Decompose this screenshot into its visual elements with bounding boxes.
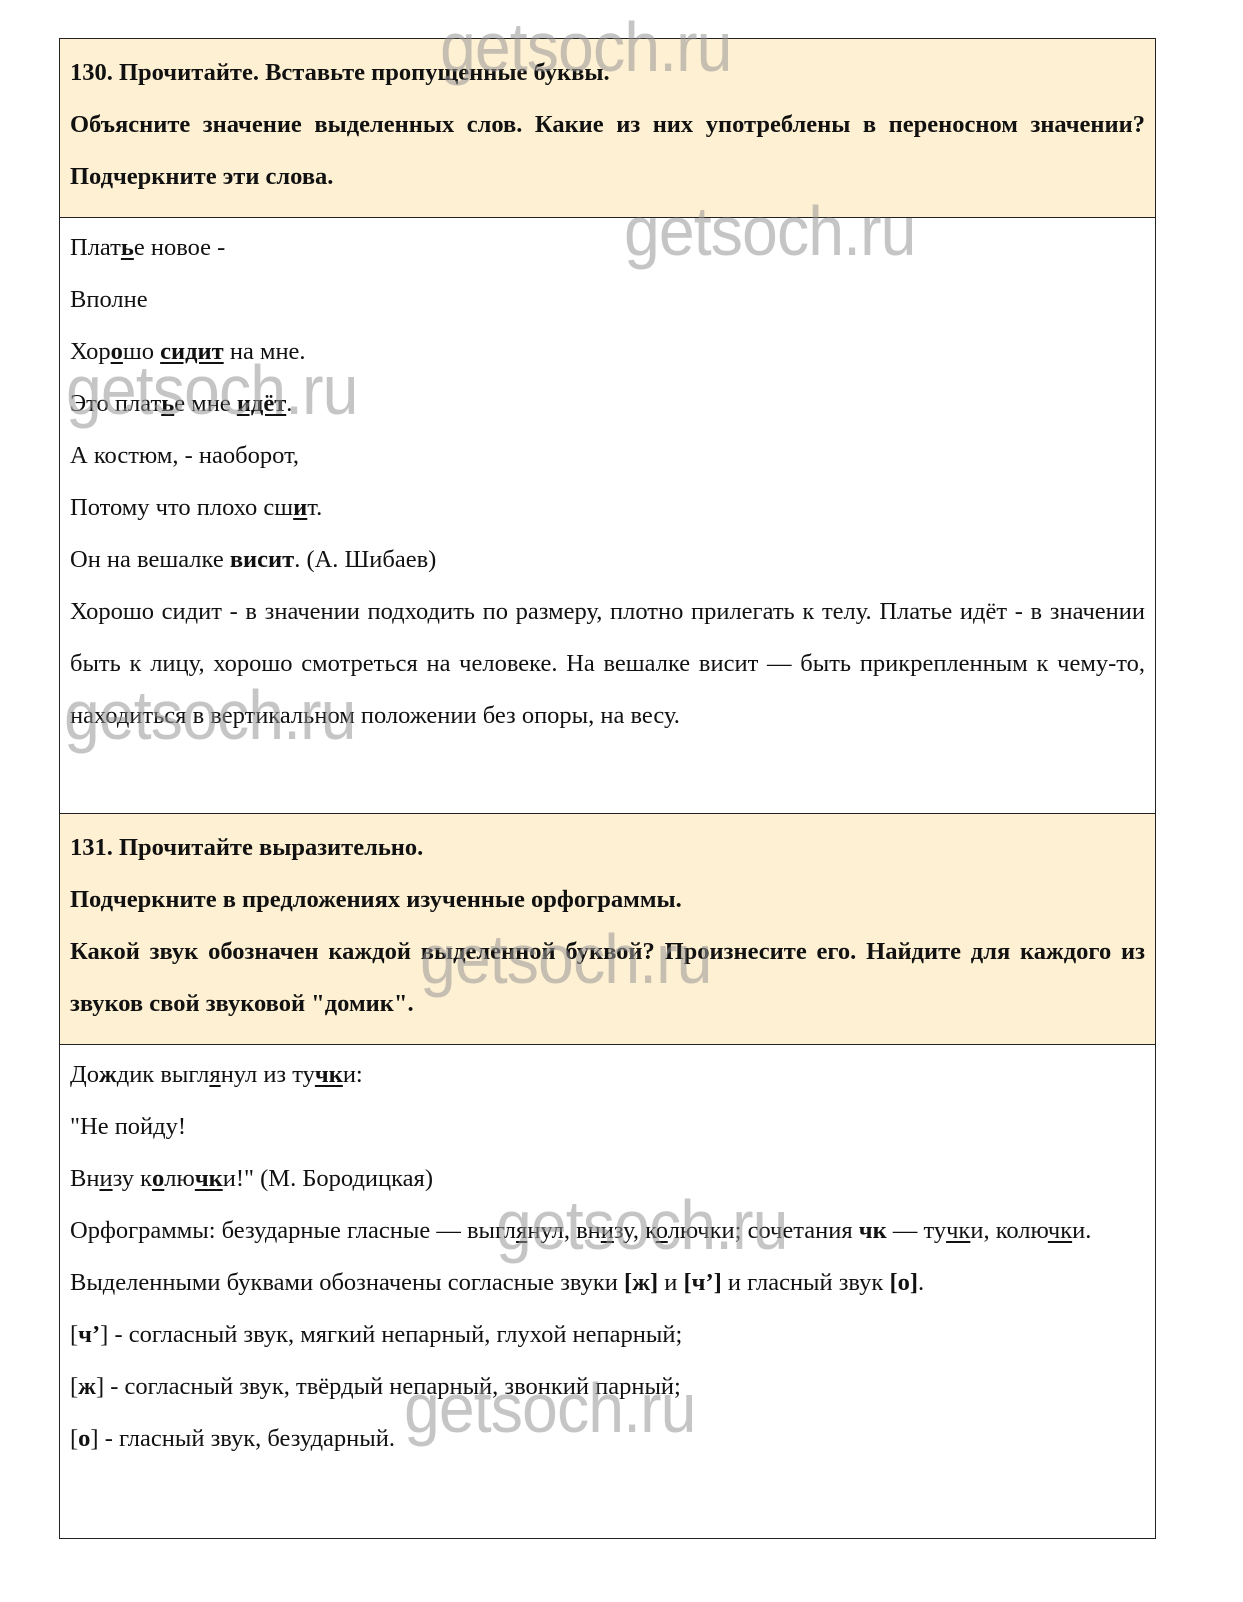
task-131-answer: Дождик выглянул из тучки: "Не пойду! Вни… [60, 1045, 1155, 1538]
text-run: шо [123, 338, 160, 365]
task-131-instruction: Какой звук обозначен каждой выделенной б… [70, 926, 1145, 1030]
highlighted-text: [ч’] [684, 1269, 722, 1296]
highlighted-text: ж [78, 1373, 96, 1400]
text-run: ] - согласный звук, мягкий непарный, глу… [100, 1321, 682, 1348]
task-131-header: 131. Прочитайте выразительно. Подчеркнит… [60, 814, 1155, 1045]
poem-line: Хорошо сидит на мне. [70, 326, 1145, 378]
text-run: Вн [70, 1165, 99, 1192]
text-run: лючки; сочетания [668, 1217, 859, 1244]
text-run: [ [70, 1321, 78, 1348]
text-run: дик выгл [117, 1061, 210, 1088]
poem-line: Это платье мне идёт. [70, 378, 1145, 430]
highlighted-text: я [516, 1217, 527, 1244]
task-130-title: 130. Прочитайте. Вставьте пропущенные бу… [70, 47, 1145, 99]
highlighted-text: сидит [160, 338, 224, 365]
sound-description: [ж] - согласный звук, твёрдый непарный, … [70, 1361, 1145, 1413]
text-run: Потому что плохо сш [70, 494, 293, 521]
text-run: . (А. Шибаев) [294, 546, 436, 573]
text-run: и гласный звук [722, 1269, 890, 1296]
text-run: 131. Прочитайте выразительно. [70, 834, 423, 861]
poem-line: Вполне [70, 274, 1145, 326]
text-run: и: [343, 1061, 363, 1088]
text-run: нул из ту [221, 1061, 315, 1088]
highlighted-text: о [78, 1425, 90, 1452]
text-run: ] - согласный звук, твёрдый непарный, зв… [96, 1373, 681, 1400]
poem-line: Потому что плохо сшит. [70, 482, 1145, 534]
poem-line: Платье новое - [70, 222, 1145, 274]
text-run: До [70, 1061, 99, 1088]
text-run: Он на вешалке [70, 546, 230, 573]
task-130-header: 130. Прочитайте. Вставьте пропущенные бу… [60, 39, 1155, 218]
text-run: зу к [113, 1165, 152, 1192]
text-run: ] - гласный звук, безударный. [90, 1425, 395, 1452]
exercise-table: 130. Прочитайте. Вставьте пропущенные бу… [59, 38, 1156, 1539]
highlighted-text: и [601, 1217, 614, 1244]
text-run: Хорошо сидит - в значении подходить по р… [70, 598, 1145, 729]
highlighted-text: чк [946, 1217, 970, 1244]
orthograms-paragraph: Орфограммы: безударные гласные — выгляну… [70, 1205, 1145, 1257]
text-run: [ [70, 1425, 78, 1452]
text-run: нул, вн [527, 1217, 600, 1244]
text-run: А костюм, - наоборот, [70, 442, 299, 469]
highlighted-text: [о] [889, 1269, 918, 1296]
highlighted-text: о [152, 1165, 164, 1192]
text-run: Выделенными буквами обозначены согласные… [70, 1269, 624, 1296]
highlighted-text: ж [99, 1061, 117, 1088]
text-run: е мне [174, 390, 237, 417]
poem-line: А костюм, - наоборот, [70, 430, 1145, 482]
text-run: — ту [887, 1217, 946, 1244]
text-run: Какой звук обозначен каждой выделенной б… [70, 938, 1145, 1017]
text-run: лю [164, 1165, 195, 1192]
highlighted-text: идёт [237, 390, 286, 417]
text-run: и!" (М. Бородицкая) [223, 1165, 433, 1192]
sound-description: [о] - гласный звук, безударный. [70, 1413, 1145, 1465]
text-run: на мне. [224, 338, 306, 365]
text-run: и, колю [970, 1217, 1048, 1244]
sounds-summary: Выделенными буквами обозначены согласные… [70, 1257, 1145, 1309]
text-run: Объясните значение выделенных слов. Каки… [70, 111, 1145, 190]
highlighted-text: чк [315, 1061, 343, 1088]
highlighted-text: чк [1048, 1217, 1072, 1244]
sound-description: [ч’] - согласный звук, мягкий непарный, … [70, 1309, 1145, 1361]
text-run: зу, к [614, 1217, 656, 1244]
highlighted-text: ь [161, 390, 174, 417]
highlighted-text: ч’ [78, 1321, 100, 1348]
poem-line: Дождик выглянул из тучки: [70, 1049, 1145, 1101]
highlighted-text: ь [121, 234, 134, 261]
text-run: . [918, 1269, 924, 1296]
text-run: . [286, 390, 292, 417]
highlighted-text: я [209, 1061, 220, 1088]
text-run: и. [1072, 1217, 1091, 1244]
poem-line: Он на вешалке висит. (А. Шибаев) [70, 534, 1145, 586]
task-131-instruction: Подчеркните в предложениях изученные орф… [70, 874, 1145, 926]
highlighted-text: чк [859, 1217, 887, 1244]
highlighted-text: о [656, 1217, 668, 1244]
task-131-title: 131. Прочитайте выразительно. [70, 822, 1145, 874]
highlighted-text: [ж] [624, 1269, 658, 1296]
text-run: и [658, 1269, 683, 1296]
poem-line: Внизу колючки!" (М. Бородицкая) [70, 1153, 1145, 1205]
highlighted-text: и [293, 494, 307, 521]
text-run: Хор [70, 338, 111, 365]
task-130-answer: Платье новое - Вполне Хорошо сидит на мн… [60, 218, 1155, 814]
highlighted-text: о [111, 338, 123, 365]
task-130-instructions: Объясните значение выделенных слов. Каки… [70, 99, 1145, 203]
explanation-paragraph: Хорошо сидит - в значении подходить по р… [70, 586, 1145, 742]
text-run: [ [70, 1373, 78, 1400]
text-run: Плат [70, 234, 121, 261]
highlighted-text: и [99, 1165, 112, 1192]
text-run: Орфограммы: безударные гласные — выгл [70, 1217, 516, 1244]
text-run: "Не пойду! [70, 1113, 186, 1140]
highlighted-text: чк [195, 1165, 223, 1192]
text-run: 130. Прочитайте. Вставьте пропущенные бу… [70, 59, 610, 86]
text-run: Подчеркните в предложениях изученные орф… [70, 886, 682, 913]
text-run: т. [307, 494, 322, 521]
text-run: Вполне [70, 286, 148, 313]
poem-line: "Не пойду! [70, 1101, 1145, 1153]
highlighted-text: висит [230, 546, 294, 573]
text-run: е новое - [134, 234, 225, 261]
text-run: Это плат [70, 390, 161, 417]
